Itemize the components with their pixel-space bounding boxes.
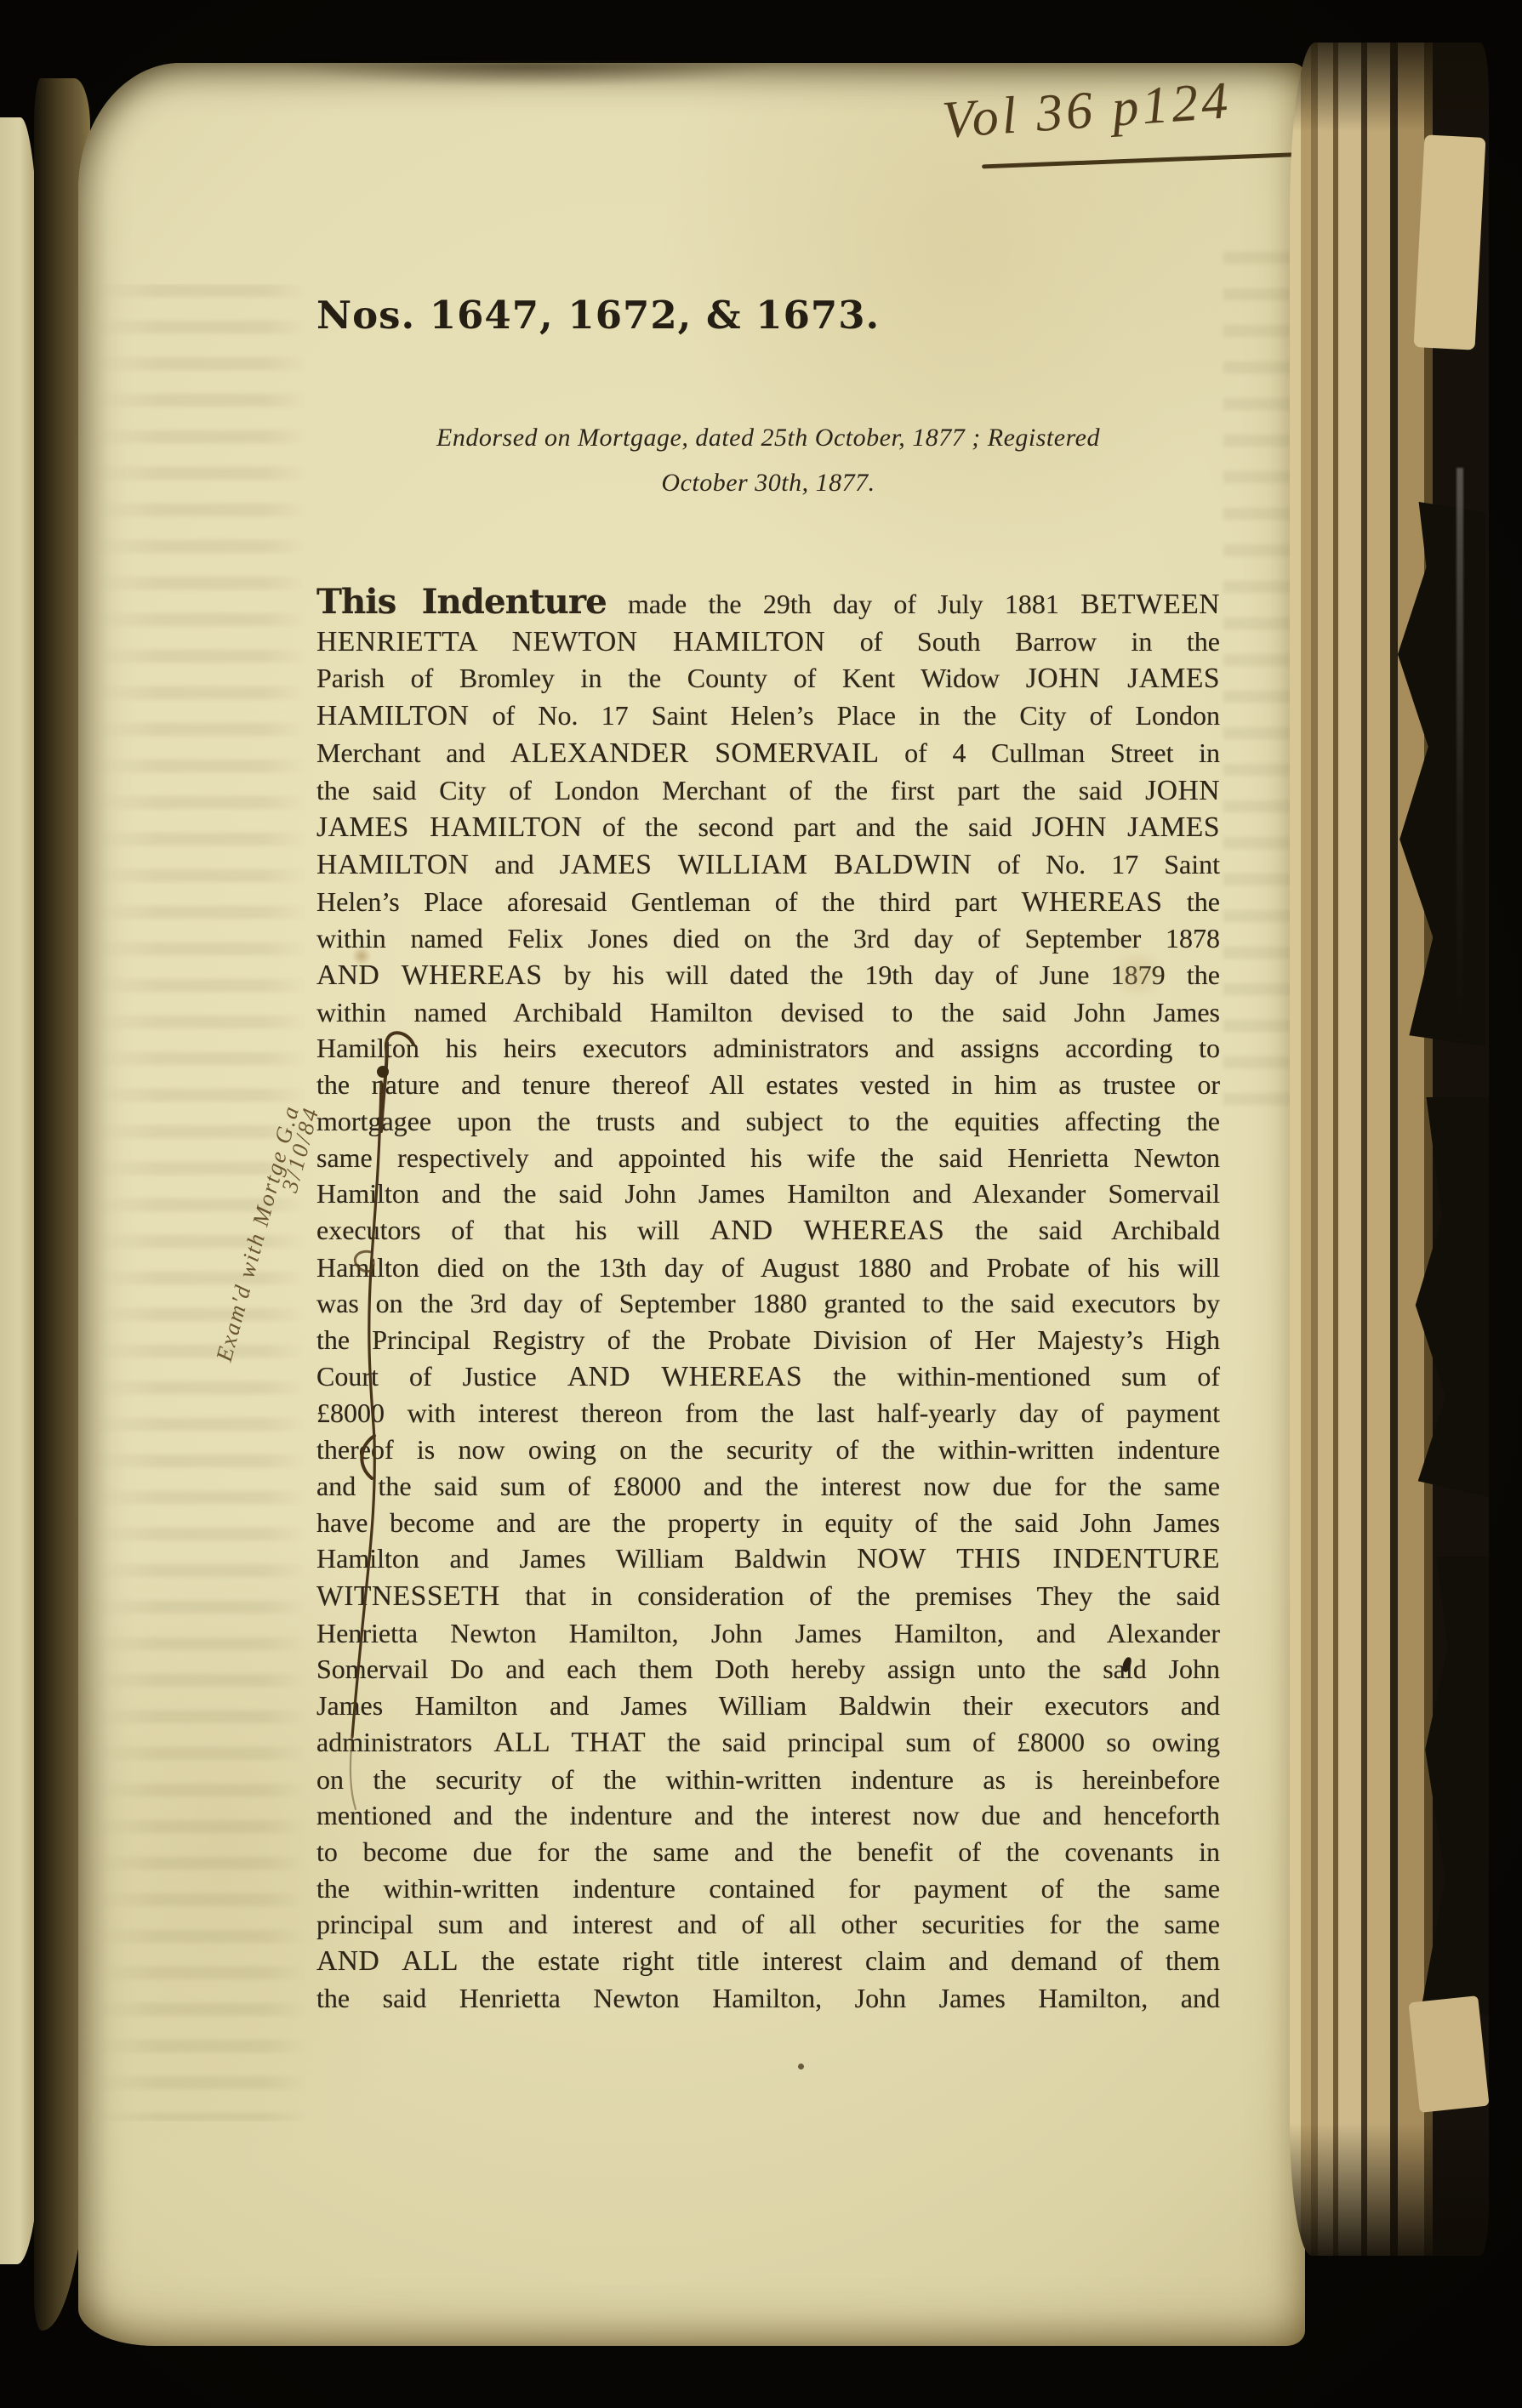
body-line: within named Archibald Hamilton devised … xyxy=(316,994,1220,1031)
page-top-smudge xyxy=(291,63,767,92)
page-edges-stack xyxy=(1290,43,1489,2256)
torn-page-fragment xyxy=(1414,1557,1489,2016)
body-line: WITNESSETH that in consideration of the … xyxy=(316,1578,1220,1615)
body-line: have become and are the property in equi… xyxy=(316,1505,1220,1541)
torn-page-fragment xyxy=(1405,1097,1489,1497)
body-line: This Indenture made the 29th day of July… xyxy=(316,583,1220,623)
body-line: to become due for the same and the benef… xyxy=(316,1834,1220,1870)
ink-speck xyxy=(798,2064,804,2069)
body-line: HAMILTON of No. 17 Saint Helen’s Place i… xyxy=(316,697,1220,735)
body-line: was on the 3rd day of September 1880 gra… xyxy=(316,1285,1220,1322)
body-line: mortgagee upon the trusts and subject to… xyxy=(316,1103,1220,1140)
page-edge-tab xyxy=(1414,134,1486,350)
page-edge-tab xyxy=(1408,1995,1489,2113)
paper-stain xyxy=(1108,954,1167,993)
body-line: Henrietta Newton Hamilton, John James Ha… xyxy=(316,1615,1220,1652)
body-line: within named Felix Jones died on the 3rd… xyxy=(316,920,1220,957)
body-line: AND ALL the estate right title interest … xyxy=(316,1943,1220,1980)
body-line: Court of Justice AND WHEREAS the within-… xyxy=(316,1358,1220,1396)
body-line: on the security of the within-written in… xyxy=(316,1762,1220,1798)
body-line: administrators ALL THAT the said princip… xyxy=(316,1724,1220,1762)
handwritten-underline xyxy=(982,152,1310,169)
body-line: James Hamilton and James William Baldwin… xyxy=(316,1688,1220,1724)
body-line: Merchant and ALEXANDER SOMERVAIL of 4 Cu… xyxy=(316,735,1220,772)
body-line: Hamilton his heirs executors administrat… xyxy=(316,1030,1220,1067)
body-text: This Indenture made the 29th day of July… xyxy=(316,583,1220,2016)
body-line: the within-written indenture contained f… xyxy=(316,1870,1220,1907)
book-scan: Vol 36 p124 Nos. 1647, 1672, & 1673. End… xyxy=(0,0,1522,2408)
body-line: the said City of London Merchant of the … xyxy=(316,772,1220,810)
body-line: mentioned and the indenture and the inte… xyxy=(316,1797,1220,1834)
document-page: Vol 36 p124 Nos. 1647, 1672, & 1673. End… xyxy=(78,63,1305,2346)
body-line: thereof is now owing on the security of … xyxy=(316,1432,1220,1468)
body-line: the Principal Registry of the Probate Di… xyxy=(316,1322,1220,1358)
body-line: same respectively and appointed his wife… xyxy=(316,1140,1220,1176)
handwritten-margin-bracket xyxy=(255,963,425,1813)
body-line: Hamilton died on the 13th day of August … xyxy=(316,1250,1220,1286)
body-line: Helen’s Place aforesaid Gentleman of the… xyxy=(316,884,1220,921)
endorsement-line-2: October 30th, 1877. xyxy=(316,460,1220,505)
body-line: the nature and tenure thereof All estate… xyxy=(316,1067,1220,1103)
body-line: Hamilton and the said John James Hamilto… xyxy=(316,1176,1220,1212)
body-line: £8000 with interest thereon from the las… xyxy=(316,1395,1220,1432)
endorsement-block: Endorsed on Mortgage, dated 25th October… xyxy=(316,415,1220,505)
body-line: JAMES HAMILTON of the second part and th… xyxy=(316,809,1220,846)
handwritten-volume-note: Vol 36 p124 xyxy=(940,62,1352,151)
verso-showthrough-right xyxy=(1223,252,1298,1111)
body-line: HAMILTON and JAMES WILLIAM BALDWIN of No… xyxy=(316,846,1220,884)
body-line: HENRIETTA NEWTON HAMILTON of South Barro… xyxy=(316,623,1220,661)
document-number-heading: Nos. 1647, 1672, & 1673. xyxy=(316,293,880,338)
body-line: and the said sum of £8000 and the intere… xyxy=(316,1468,1220,1505)
paper-stain xyxy=(351,948,373,965)
torn-page-fragment xyxy=(1390,502,1485,1046)
body-line: executors of that his will AND WHEREAS t… xyxy=(316,1212,1220,1250)
body-line: Parish of Bromley in the County of Kent … xyxy=(316,660,1220,697)
body-line: principal sum and interest and of all ot… xyxy=(316,1906,1220,1943)
cover-highlight xyxy=(1456,468,1463,1046)
body-line: Hamilton and James William Baldwin NOW T… xyxy=(316,1540,1220,1578)
body-line: AND WHEREAS by his will dated the 19th d… xyxy=(316,957,1220,994)
body-line: Somervail Do and each them Doth hereby a… xyxy=(316,1651,1220,1688)
body-line: the said Henrietta Newton Hamilton, John… xyxy=(316,1980,1220,2017)
endorsement-line-1: Endorsed on Mortgage, dated 25th October… xyxy=(316,415,1220,460)
